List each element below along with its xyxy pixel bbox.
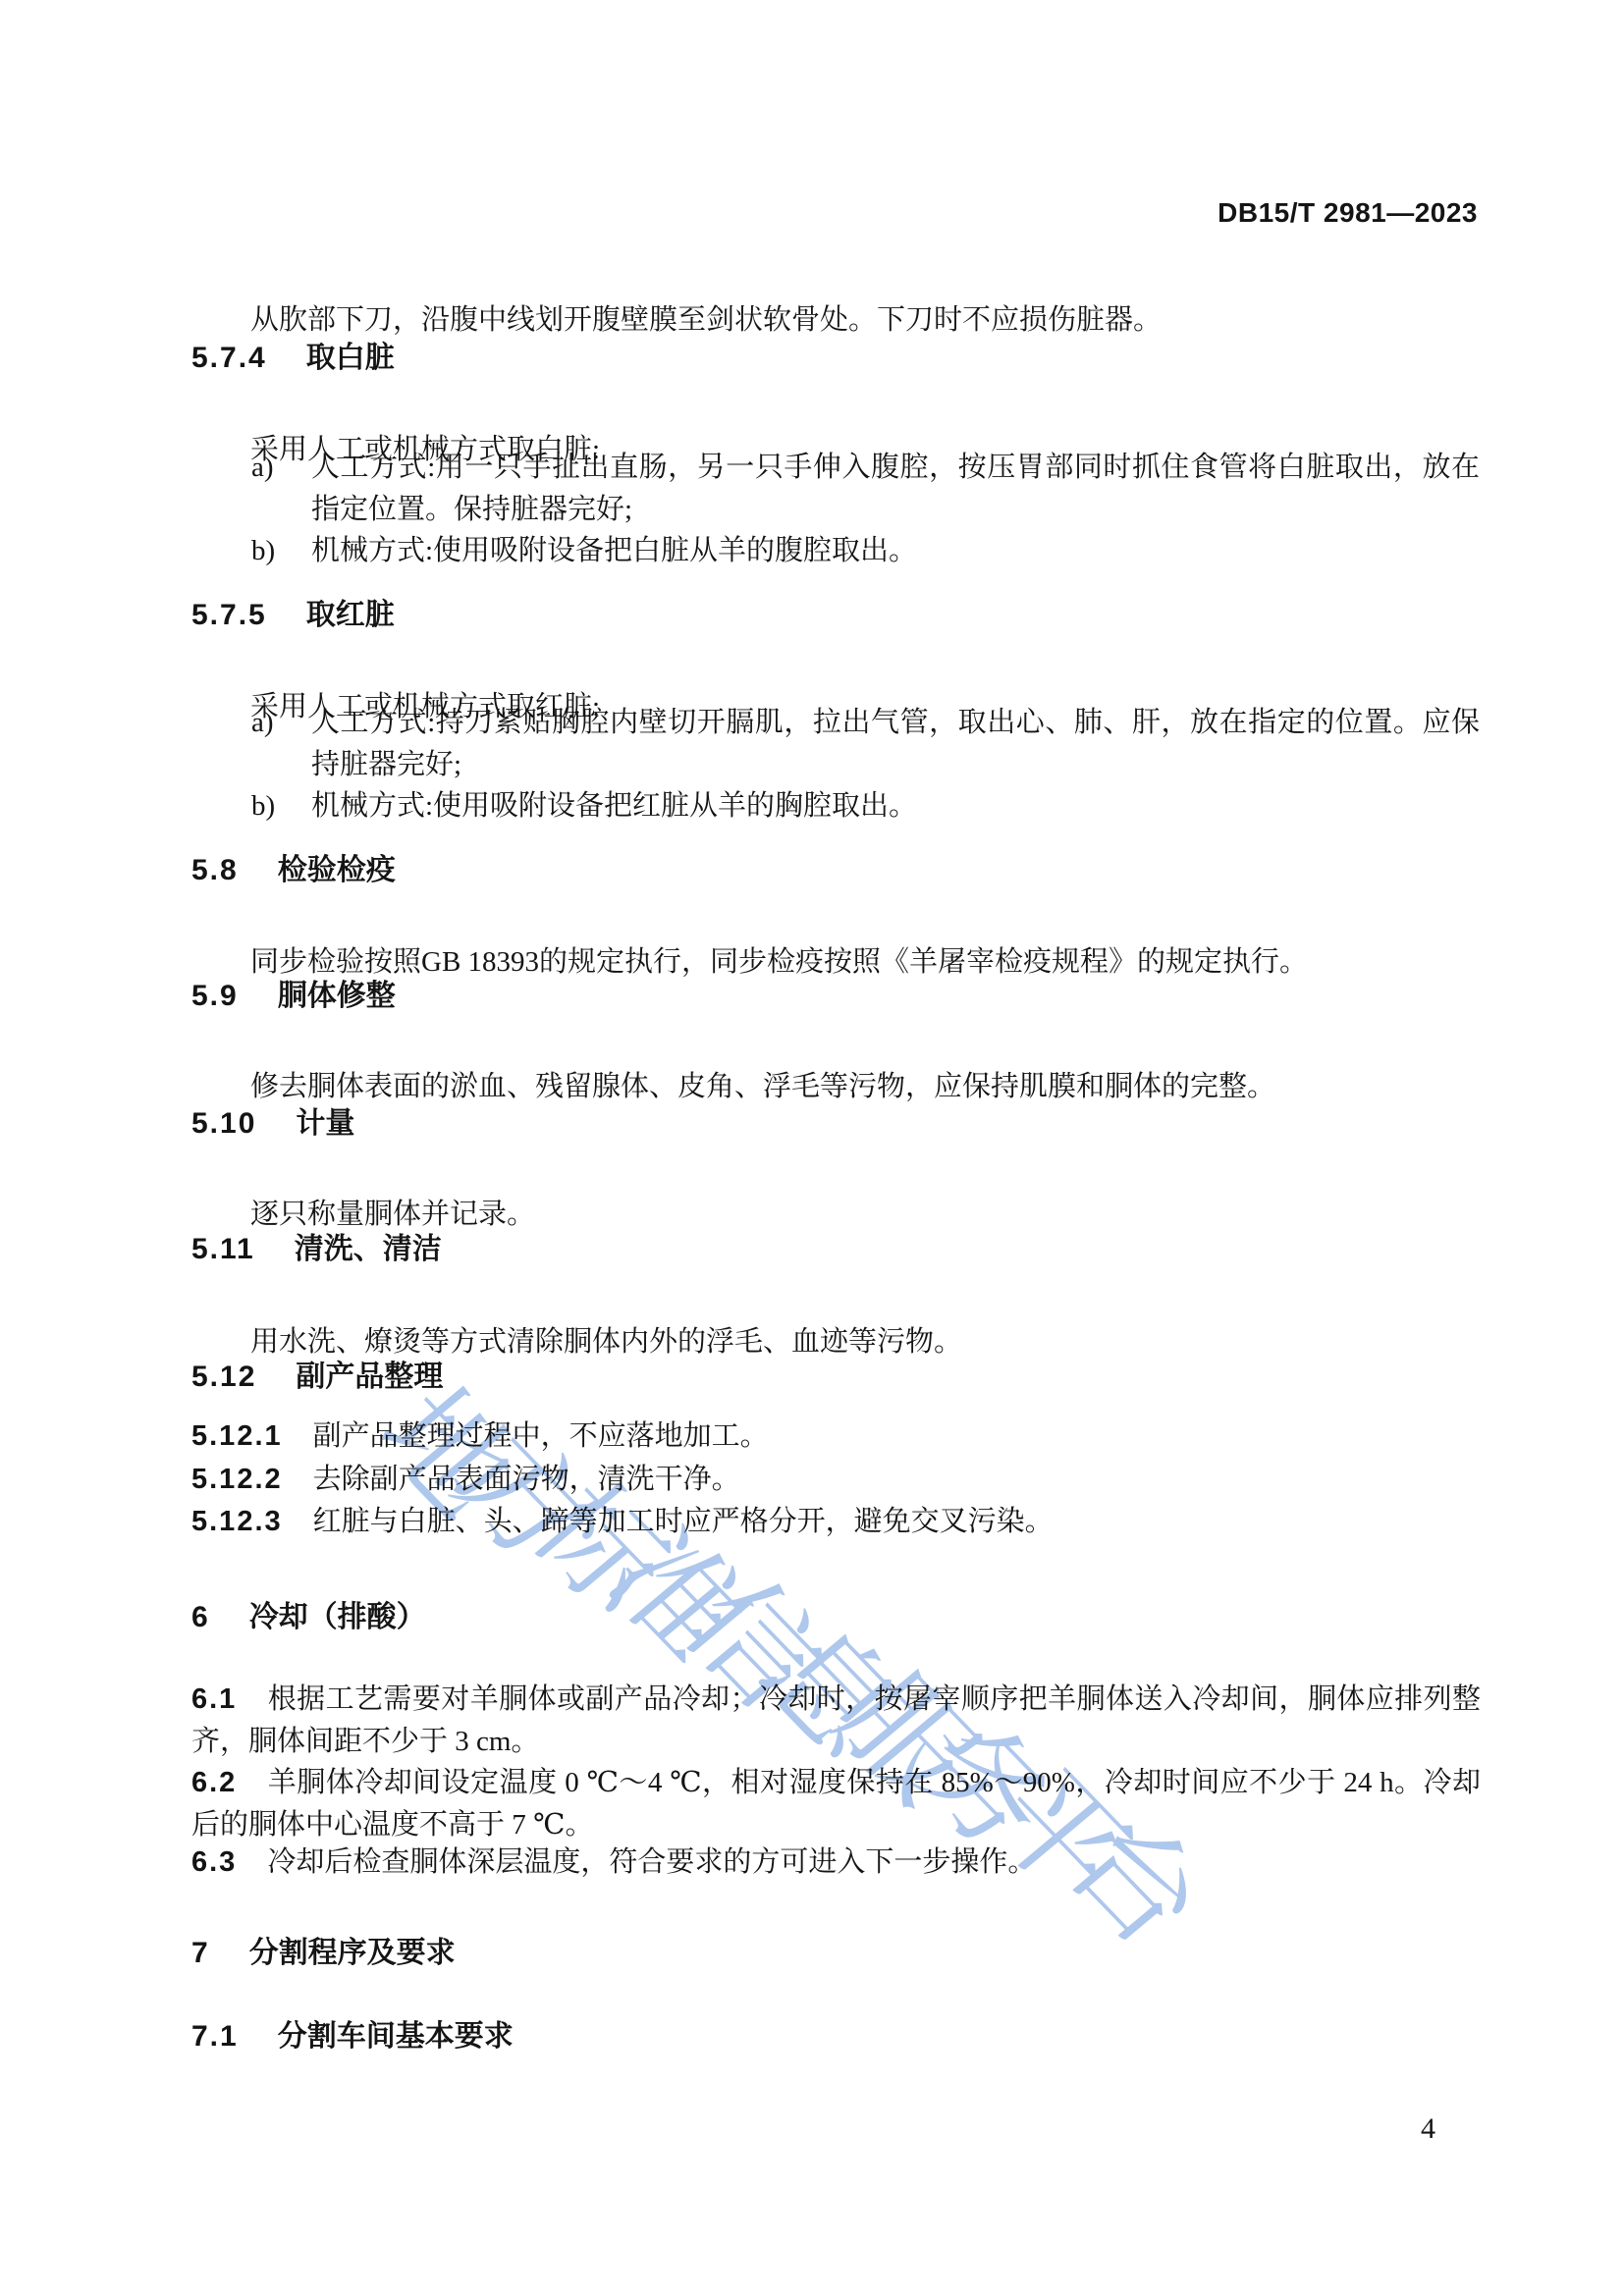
list-marker: a) — [251, 447, 311, 531]
list-marker: b) — [251, 530, 311, 572]
clause-number: 6.1 — [191, 1683, 237, 1715]
section-heading-5-9: 5.9胴体修整 — [191, 979, 396, 1014]
section-heading-5-7-4: 5.7.4取白脏 — [191, 341, 395, 376]
page-number: 4 — [1421, 2112, 1435, 2145]
list-item-text: 人工方式:用一只手扯出直肠，另一只手伸入腹腔，按压胃部同时抓住食管将白脏取出，放… — [311, 447, 1480, 531]
section-title: 副产品整理 — [296, 1361, 443, 1393]
section-number: 5.7.5 — [191, 599, 267, 631]
lead-paragraph: 从肷部下刀，沿腹中线划开腹壁膜至剑状软骨处。下刀时不应损伤脏器。 — [250, 299, 1480, 342]
clause-number: 6.2 — [191, 1767, 237, 1798]
clause-5-12-3: 5.12.3红脏与白脏、头、蹄等加工时应严格分开，避免交叉污染。 — [191, 1501, 1481, 1543]
section-title: 取红脏 — [306, 599, 395, 631]
section-number: 5.11 — [191, 1233, 255, 1265]
list-item: b) 机械方式:使用吸附设备把白脏从羊的腹腔取出。 — [251, 530, 1480, 572]
clause-text: 根据工艺需要对羊胴体或副产品冷却；冷却时，按屠宰顺序把羊胴体送入冷却间，胴体应排… — [191, 1683, 1481, 1757]
list-item-text: 人工方式:持刀紧贴胸腔内壁切开膈肌，拉出气管，取出心、肺、肝，放在指定的位置。应… — [311, 702, 1480, 786]
clause-text: 冷却后检查胴体深层温度，符合要求的方可进入下一步操作。 — [267, 1846, 1036, 1878]
section-5-8-paragraph: 同步检验按照GB 18393的规定执行，同步检疫按照《羊屠宰检疫规程》的规定执行… — [250, 941, 1480, 984]
section-title: 检验检疫 — [278, 854, 396, 886]
section-title: 清洗、清洁 — [295, 1233, 442, 1265]
clause-number: 6.3 — [191, 1846, 237, 1878]
section-number: 5.8 — [191, 854, 239, 886]
section-number: 5.9 — [191, 980, 239, 1012]
section-number: 7.1 — [191, 2020, 239, 2053]
clause-5-12-2: 5.12.2去除副产品表面污物，清洗干净。 — [191, 1459, 1481, 1501]
section-title: 计量 — [296, 1107, 354, 1140]
section-heading-5-12: 5.12副产品整理 — [191, 1360, 443, 1395]
clause-text: 羊胴体冷却间设定温度 0 ℃～4 ℃，相对湿度保持在 85%～90%，冷却时间应… — [191, 1767, 1481, 1841]
clause-6-1: 6.1根据工艺需要对羊胴体或副产品冷却；冷却时，按屠宰顺序把羊胴体送入冷却间，胴… — [191, 1679, 1481, 1763]
section-number: 6 — [191, 1601, 210, 1633]
section-title: 冷却（排酸） — [249, 1601, 426, 1633]
list-marker: a) — [251, 702, 311, 786]
clause-6-3: 6.3冷却后检查胴体深层温度，符合要求的方可进入下一步操作。 — [191, 1842, 1481, 1884]
section-number: 5.12 — [191, 1361, 256, 1393]
section-number: 5.7.4 — [191, 342, 267, 374]
clause-text: 去除副产品表面污物，清洗干净。 — [313, 1464, 740, 1495]
list-item-text: 机械方式:使用吸附设备把红脏从羊的胸腔取出。 — [311, 785, 1480, 828]
section-heading-6: 6冷却（排酸） — [191, 1600, 426, 1635]
clause-text: 红脏与白脏、头、蹄等加工时应严格分开，避免交叉污染。 — [313, 1506, 1054, 1537]
section-heading-5-8: 5.8检验检疫 — [191, 853, 396, 888]
clause-number: 5.12.3 — [191, 1506, 283, 1537]
list-item-text: 机械方式:使用吸附设备把白脏从羊的腹腔取出。 — [311, 530, 1480, 572]
section-5-10-paragraph: 逐只称量胴体并记录。 — [250, 1194, 1480, 1236]
section-number: 5.10 — [191, 1107, 256, 1140]
clause-text: 副产品整理过程中，不应落地加工。 — [313, 1420, 769, 1452]
section-number: 7 — [191, 1937, 210, 1969]
doc-code: DB15/T 2981—2023 — [1218, 198, 1478, 229]
section-5-9-paragraph: 修去胴体表面的淤血、残留腺体、皮角、浮毛等污物，应保持肌膜和胴体的完整。 — [250, 1066, 1480, 1108]
section-heading-5-11: 5.11清洗、清洁 — [191, 1232, 442, 1267]
list-item: b) 机械方式:使用吸附设备把红脏从羊的胸腔取出。 — [251, 785, 1480, 828]
clause-6-2: 6.2羊胴体冷却间设定温度 0 ℃～4 ℃，相对湿度保持在 85%～90%，冷却… — [191, 1762, 1481, 1846]
list-item: a) 人工方式:持刀紧贴胸腔内壁切开膈肌，拉出气管，取出心、肺、肝，放在指定的位… — [251, 702, 1480, 786]
document-page: 地方标准信息服务平台 DB15/T 2981—2023 从肷部下刀，沿腹中线划开… — [0, 0, 1624, 2296]
section-heading-7: 7分割程序及要求 — [191, 1936, 456, 1971]
section-5-11-paragraph: 用水洗、燎烫等方式清除胴体内外的浮毛、血迹等污物。 — [250, 1321, 1480, 1363]
section-title: 分割车间基本要求 — [278, 2020, 514, 2053]
clause-number: 5.12.2 — [191, 1464, 283, 1495]
section-title: 分割程序及要求 — [249, 1937, 456, 1969]
section-title: 取白脏 — [306, 342, 395, 374]
section-heading-5-10: 5.10计量 — [191, 1106, 354, 1142]
section-heading-7-1: 7.1分割车间基本要求 — [191, 2019, 514, 2055]
clause-5-12-1: 5.12.1副产品整理过程中，不应落地加工。 — [191, 1415, 1481, 1458]
section-title: 胴体修整 — [278, 980, 396, 1012]
section-heading-5-7-5: 5.7.5取红脏 — [191, 598, 395, 633]
list-marker: b) — [251, 785, 311, 828]
list-item: a) 人工方式:用一只手扯出直肠，另一只手伸入腹腔，按压胃部同时抓住食管将白脏取… — [251, 447, 1480, 531]
clause-number: 5.12.1 — [191, 1420, 283, 1452]
